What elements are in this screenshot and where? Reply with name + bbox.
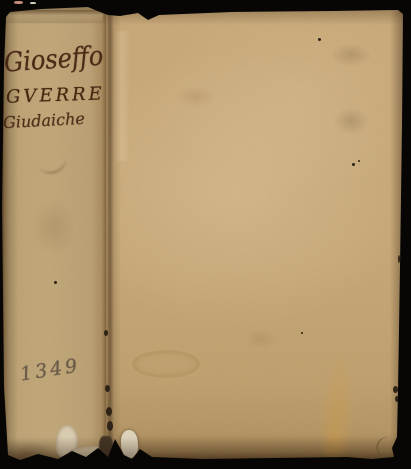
background-debris xyxy=(14,1,23,4)
photo-background: Gioseffo GVERRE Giudaiche 1349 xyxy=(0,0,411,469)
edge-vignette xyxy=(2,7,404,464)
background-debris xyxy=(30,2,36,4)
book: Gioseffo GVERRE Giudaiche 1349 xyxy=(2,7,404,464)
